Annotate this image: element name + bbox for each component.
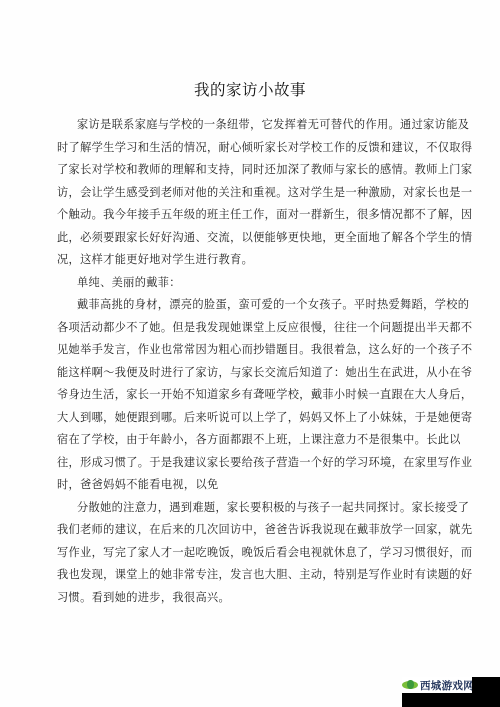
paragraph-story: 戴菲高挑的身材，漂亮的脸蛋，蛮可爱的一个女孩子。平时热爱舞蹈，学校的 各项活动都…	[57, 294, 437, 497]
text-line: 时了解学生学习和生活的情况，耐心倾听家长对学校工作的反馈和建议，不仅取得	[57, 137, 437, 160]
text-line: 我也发现，课堂上的她非常专注，发言也大胆、主动，特别是写作业时有读题的好	[57, 564, 437, 587]
watermark-site-name: 西城游戏网	[420, 678, 474, 693]
text-line: 家访是联系家庭与学校的一条纽带，它发挥着无可替代的作用。通过家访能及	[57, 114, 437, 137]
text-line: 个触动。我今年接手五年级的班主任工作，面对一群新生，很多情况都不了解，因	[57, 204, 437, 227]
text-line: 见她举手发言，作业也常常因为粗心而抄错题目。我很着急，这么好的一个孩子不	[57, 339, 437, 362]
section-heading: 单纯、美丽的戴菲：	[57, 272, 437, 295]
site-watermark: 西城游戏网	[402, 677, 500, 707]
text-line: 宿在了学校，由于年龄小，各方面都跟不上班，上课注意力不是很集中。长此以	[57, 429, 437, 452]
text-line: 戴菲高挑的身材，漂亮的脸蛋，蛮可爱的一个女孩子。平时热爱舞蹈，学校的	[57, 294, 437, 317]
text-line: 时，爸爸妈妈不能看电视，以免	[57, 474, 437, 497]
text-line: 写作业，写完了家人才一起吃晚饭，晚饭后看会电视就休息了，学习习惯很好，而	[57, 542, 437, 565]
text-line: 单纯、美丽的戴菲：	[57, 272, 437, 295]
text-line: 各项活动都少不了她。但是我发现她课堂上反应很慢，往往一个问题提出半天都不	[57, 317, 437, 340]
watermark-brand: 西城游戏网	[402, 677, 474, 693]
watermark-footer-band	[402, 693, 500, 707]
document-title: 我的家访小故事	[0, 78, 500, 100]
text-line: 能这样啊～我便及时进行了家访，与家长交流后知道了：她出生在武进，从小在爷	[57, 362, 437, 385]
text-line: 往，形成习惯了。于是我建议家长要给孩子营造一个好的学习环境，在家里写作业	[57, 452, 437, 475]
text-line: 了家长对学校和教师的理解和支持，同时还加深了教师与家长的感情。教师上门家	[57, 159, 437, 182]
document-page: 我的家访小故事 家访是联系家庭与学校的一条纽带，它发挥着无可替代的作用。通过家访…	[0, 0, 500, 707]
text-line: 分散她的注意力，遇到难题，家长要积极的与孩子一起共同探讨。家长接受了	[57, 497, 437, 520]
text-line: 大人到哪，她便跟到哪。后来听说可以上学了，妈妈又怀上了小妹妹，于是她便寄	[57, 407, 437, 430]
document-body: 家访是联系家庭与学校的一条纽带，它发挥着无可替代的作用。通过家访能及 时了解学生…	[57, 114, 437, 609]
text-line: 访，会让学生感受到老师对他的关注和重视。这对学生是一种激励，对家长也是一	[57, 182, 437, 205]
text-line: 我们老师的建议，在后来的几次回访中，爸爸告诉我说现在戴菲放学一回家，就先	[57, 519, 437, 542]
text-line: 此，必须要跟家长好好沟通、交流，以便能够更快地，更全面地了解各个学生的情	[57, 227, 437, 250]
text-line: 习惯。看到她的进步，我很高兴。	[57, 587, 437, 610]
paragraph-intro: 家访是联系家庭与学校的一条纽带，它发挥着无可替代的作用。通过家访能及 时了解学生…	[57, 114, 437, 272]
text-line: 况，这样才能更好地对学生进行教育。	[57, 249, 437, 272]
leaf-logo-icon	[402, 679, 417, 691]
text-line: 爷身边生活，家长一开始不知道家乡有聋哑学校，戴菲小时候一直跟在大人身后，	[57, 384, 437, 407]
paragraph-outcome: 分散她的注意力，遇到难题，家长要积极的与孩子一起共同探讨。家长接受了 我们老师的…	[57, 497, 437, 610]
